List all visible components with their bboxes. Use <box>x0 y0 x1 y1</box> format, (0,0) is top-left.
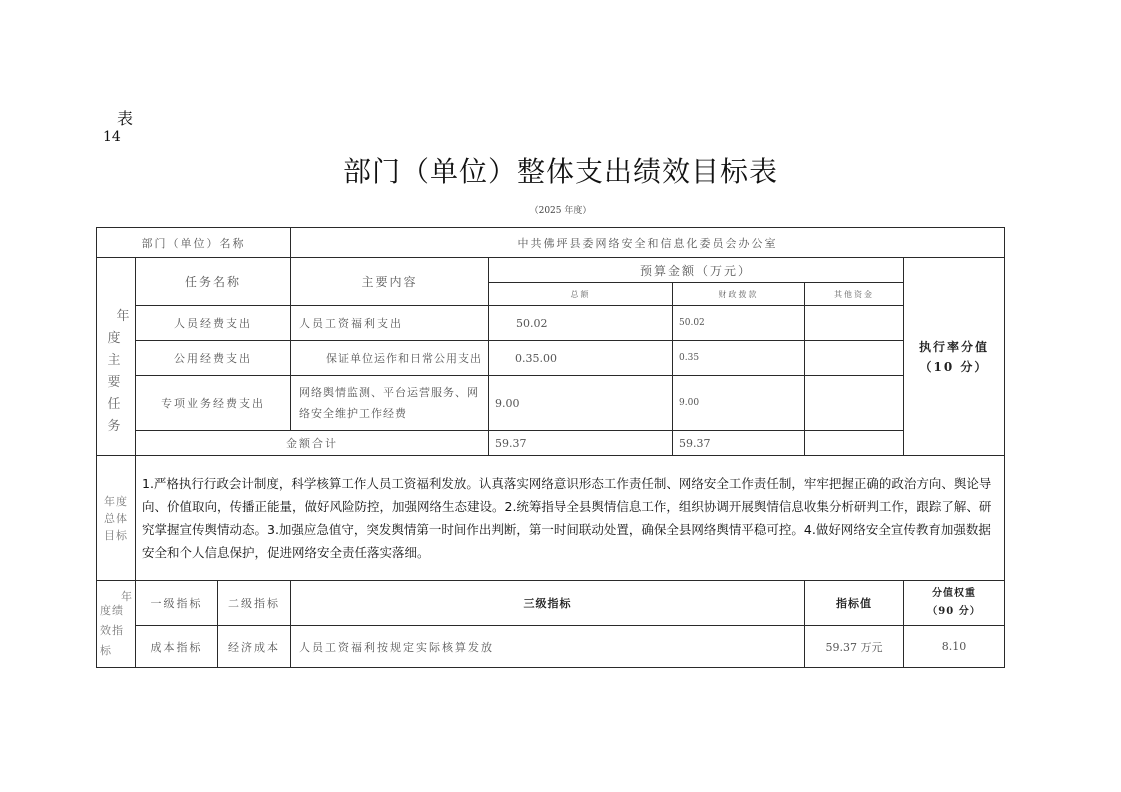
label-char: 主 <box>107 350 120 372</box>
label-line: 标 <box>100 641 112 661</box>
task-name: 公用经费支出 <box>135 340 291 376</box>
label-line: 度绩 <box>100 601 124 621</box>
sum-other <box>804 430 904 456</box>
label-line: 总体 <box>104 510 128 527</box>
col-task-name: 任务名称 <box>135 257 291 306</box>
sum-total: 59.37 <box>488 430 673 456</box>
tasks-section-label: 年 度 主 要 任 务 <box>96 257 136 456</box>
label-char: 任 <box>107 394 120 416</box>
sum-fiscal: 59.37 <box>672 430 805 456</box>
unit-name-label: 部门（单位）名称 <box>96 227 291 258</box>
task-total: 0.35.00 <box>488 340 673 376</box>
col-level2: 二级指标 <box>217 580 291 626</box>
score-line2: （10 分） <box>920 357 989 377</box>
goals-section-label: 年度 总体 目标 <box>96 455 136 581</box>
task-other <box>804 340 904 376</box>
col-budget: 预算金额（万元） <box>488 257 904 283</box>
indicator-level2: 经济成本 <box>217 625 291 668</box>
annual-goal: 1.严格执行行政会计制度，科学核算工作人员工资福利发放。认真落实网络意识形态工作… <box>135 455 1005 581</box>
indicator-level3: 人员工资福利按规定实际核算发放 <box>290 625 805 668</box>
sum-label: 金额合计 <box>135 430 489 456</box>
label-char: 务 <box>107 416 120 438</box>
execution-score: 执行率分值 （10 分） <box>903 257 1005 456</box>
task-content: 人员工资福利支出 <box>290 305 489 341</box>
task-other <box>804 305 904 341</box>
table-number: 14 <box>103 129 121 145</box>
unit-name-value: 中共佛坪县委网络安全和信息化委员会办公室 <box>290 227 1005 258</box>
indicator-level1: 成本指标 <box>135 625 218 668</box>
col-main-content: 主要内容 <box>290 257 489 306</box>
weight-line2: （90 分） <box>927 603 980 621</box>
table-label: 表 <box>117 106 133 129</box>
label-line: 效指 <box>100 621 124 641</box>
task-content: 保证单位运作和日常公用支出 <box>290 340 489 376</box>
score-line1: 执行率分值 <box>919 337 989 357</box>
task-total: 50.02 <box>488 305 673 341</box>
weight-line1: 分值权重 <box>932 585 976 603</box>
task-content: 网络舆情监测、平台运营服务、网络安全维护工作经费 <box>290 375 489 431</box>
page-title: 部门（单位）整体支出绩效目标表 <box>0 150 1121 190</box>
task-fiscal: 50.02 <box>672 305 805 341</box>
annual-goal-text: 1.严格执行行政会计制度，科学核算工作人员工资福利发放。认真落实网络意识形态工作… <box>142 472 998 564</box>
col-level3: 三级指标 <box>290 580 805 626</box>
year-label: （2025 年度） <box>0 203 1121 216</box>
task-name: 专项业务经费支出 <box>135 375 291 431</box>
task-fiscal: 9.00 <box>672 375 805 431</box>
col-level1: 一级指标 <box>135 580 218 626</box>
label-char: 年 <box>116 306 129 328</box>
task-other <box>804 375 904 431</box>
label-char: 要 <box>107 372 120 394</box>
col-weight: 分值权重 （90 分） <box>903 580 1005 626</box>
col-total: 总额 <box>488 282 673 306</box>
task-fiscal: 0.35 <box>672 340 805 376</box>
label-char: 度 <box>107 328 120 350</box>
label-line: 年度 <box>104 493 128 510</box>
indicator-value: 59.37 万元 <box>804 625 904 668</box>
col-value: 指标值 <box>804 580 904 626</box>
col-other: 其他资金 <box>804 282 904 306</box>
task-total: 9.00 <box>488 375 673 431</box>
indicator-weight: 8.10 <box>903 625 1005 668</box>
col-fiscal: 财政拨款 <box>672 282 805 306</box>
label-line: 目标 <box>104 527 128 544</box>
task-name: 人员经费支出 <box>135 305 291 341</box>
indicators-section-label: 年 度绩 效指 标 <box>96 580 136 668</box>
